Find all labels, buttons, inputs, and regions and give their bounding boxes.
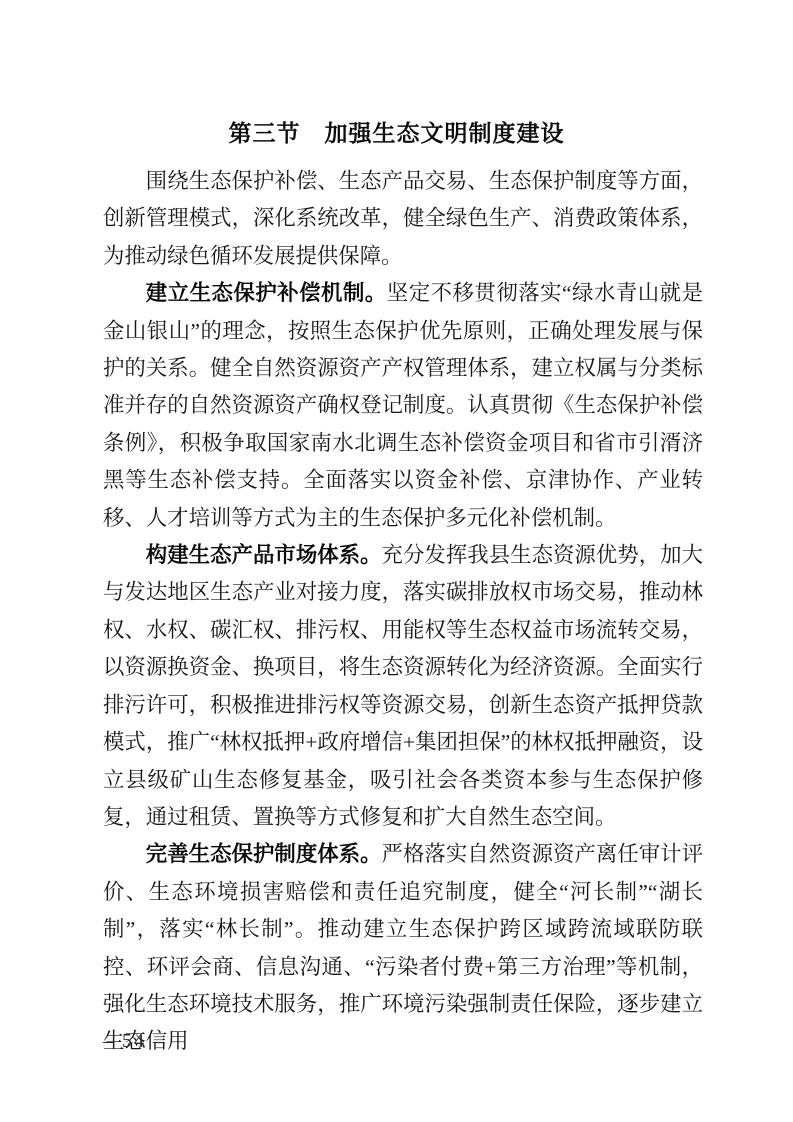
paragraph-protection-institutions: 完善生态保护制度体系。严格落实自然资源资产离任审计评价、生态环境损害赔偿和责任追… xyxy=(103,836,703,1060)
page-number: – 54 – xyxy=(103,1030,165,1053)
paragraph-lead: 完善生态保护制度体系。 xyxy=(146,842,382,866)
paragraph-intro: 围绕生态保护补偿、生态产品交易、生态保护制度等方面，创新管理模式，深化系统改革，… xyxy=(103,163,703,275)
section-title: 第三节 加强生态文明制度建设 xyxy=(0,118,793,148)
paragraph-compensation-mechanism: 建立生态保护补偿机制。坚定不移贯彻落实“绿水青山就是金山银山”的理念，按照生态保… xyxy=(103,275,703,537)
paragraph-text: 坚定不移贯彻落实“绿水青山就是金山银山”的理念，按照生态保护优先原则，正确处理发… xyxy=(103,281,703,529)
document-body: 围绕生态保护补偿、生态产品交易、生态保护制度等方面，创新管理模式，深化系统改革，… xyxy=(103,163,703,1061)
paragraph-lead: 构建生态产品市场体系。 xyxy=(146,543,382,567)
document-page: 第三节 加强生态文明制度建设 围绕生态保护补偿、生态产品交易、生态保护制度等方面… xyxy=(0,0,793,1122)
paragraph-market-system: 构建生态产品市场体系。充分发挥我县生态资源优势，加大与发达地区生态产业对接力度，… xyxy=(103,537,703,836)
paragraph-text: 围绕生态保护补偿、生态产品交易、生态保护制度等方面，创新管理模式，深化系统改革，… xyxy=(103,169,703,268)
paragraph-lead: 建立生态保护补偿机制。 xyxy=(146,281,387,305)
paragraph-text: 充分发挥我县生态资源优势，加大与发达地区生态产业对接力度，落实碳排放权市场交易，… xyxy=(103,543,703,829)
paragraph-text: 严格落实自然资源资产离任审计评价、生态环境损害赔偿和责任追究制度，健全“河长制”… xyxy=(103,842,703,1053)
